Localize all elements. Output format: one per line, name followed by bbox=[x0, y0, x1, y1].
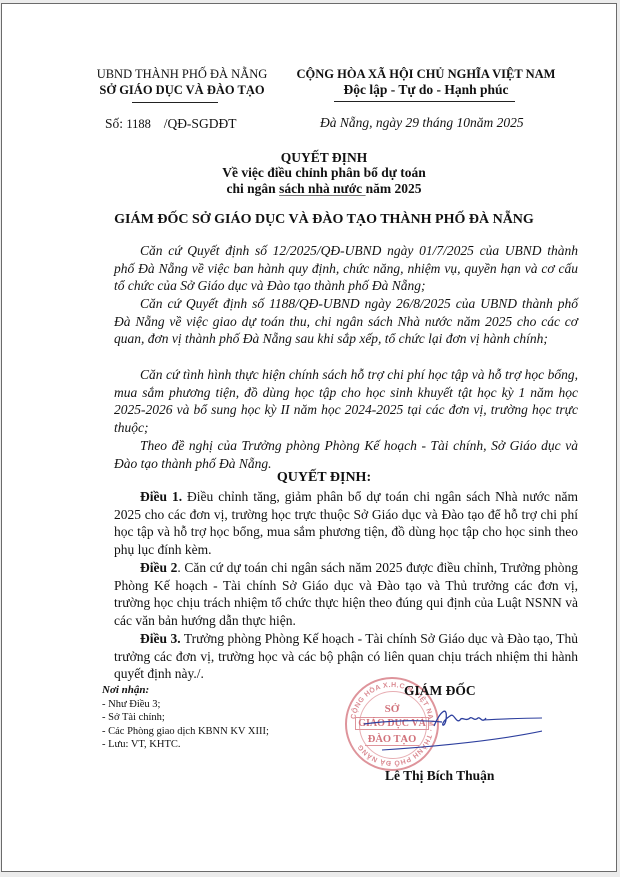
decision-heading: QUYẾT ĐỊNH: bbox=[102, 470, 546, 486]
preamble-1: Căn cứ Quyết định số 12/2025/QĐ-UBND ngà… bbox=[114, 242, 578, 295]
document-number: Số: 1188 /QĐ-SGDĐT bbox=[105, 116, 236, 132]
doc-number-label: Số: bbox=[105, 116, 123, 131]
recipients-heading: Nơi nhận: bbox=[102, 684, 269, 698]
preamble-3: Căn cứ tình hình thực hiện chính sách hỗ… bbox=[114, 366, 578, 436]
document-subject-line1: Về việc điều chỉnh phân bổ dự toán bbox=[102, 165, 546, 181]
nation-motto: Độc lập - Tự do - Hạnh phúc bbox=[290, 82, 562, 98]
document-subject-line2: chi ngân sách nhà nước năm 2025 bbox=[102, 181, 546, 197]
recipient-item: - Các Phòng giao dịch KBNN KV XIII; bbox=[102, 725, 269, 739]
signer-name: Lê Thị Bích Thuận bbox=[385, 768, 494, 784]
document-page: UBND THÀNH PHỐ ĐÀ NẴNG SỞ GIÁO DỤC VÀ ĐÀ… bbox=[1, 3, 617, 872]
authority-heading: GIÁM ĐỐC SỞ GIÁO DỤC VÀ ĐÀO TẠO THÀNH PH… bbox=[102, 212, 546, 228]
nation-title: CỘNG HÒA XÃ HỘI CHỦ NGHĨA VIỆT NAM bbox=[290, 66, 562, 82]
doc-code: /QĐ-SGDĐT bbox=[164, 116, 237, 131]
header-right-rule bbox=[334, 101, 515, 102]
recipient-item: - Lưu: VT, KHTC. bbox=[102, 738, 269, 752]
issuing-authority-parent: UBND THÀNH PHỐ ĐÀ NẴNG bbox=[82, 66, 282, 82]
issuing-authority: SỞ GIÁO DỤC VÀ ĐÀO TẠO bbox=[82, 82, 282, 98]
document-type: QUYẾT ĐỊNH bbox=[102, 150, 546, 166]
preamble-2: Căn cứ Quyết định số 1188/QĐ-UBND ngày 2… bbox=[114, 295, 578, 348]
date-line: Đà Nẵng, ngày 29 tháng 10năm 2025 bbox=[320, 115, 524, 131]
recipient-item: - Như Điều 3; bbox=[102, 698, 269, 712]
header-left-rule bbox=[132, 102, 218, 103]
article-2: Điều 2. Căn cứ dự toán chi ngân sách năm… bbox=[114, 559, 578, 629]
recipient-item: - Sở Tài chính; bbox=[102, 711, 269, 725]
handwritten-signature bbox=[362, 694, 542, 754]
recipients-block: Nơi nhận: - Như Điều 3; - Sở Tài chính; … bbox=[102, 684, 269, 752]
article-1: Điều 1. Điều chỉnh tăng, giảm phân bổ dự… bbox=[114, 488, 578, 558]
doc-number-value: 1188 bbox=[126, 117, 151, 131]
preamble-4: Theo đề nghị của Trưởng phòng Phòng Kế h… bbox=[114, 437, 578, 472]
article-3: Điều 3. Trưởng phòng Phòng Kế hoạch - Tà… bbox=[114, 630, 578, 683]
